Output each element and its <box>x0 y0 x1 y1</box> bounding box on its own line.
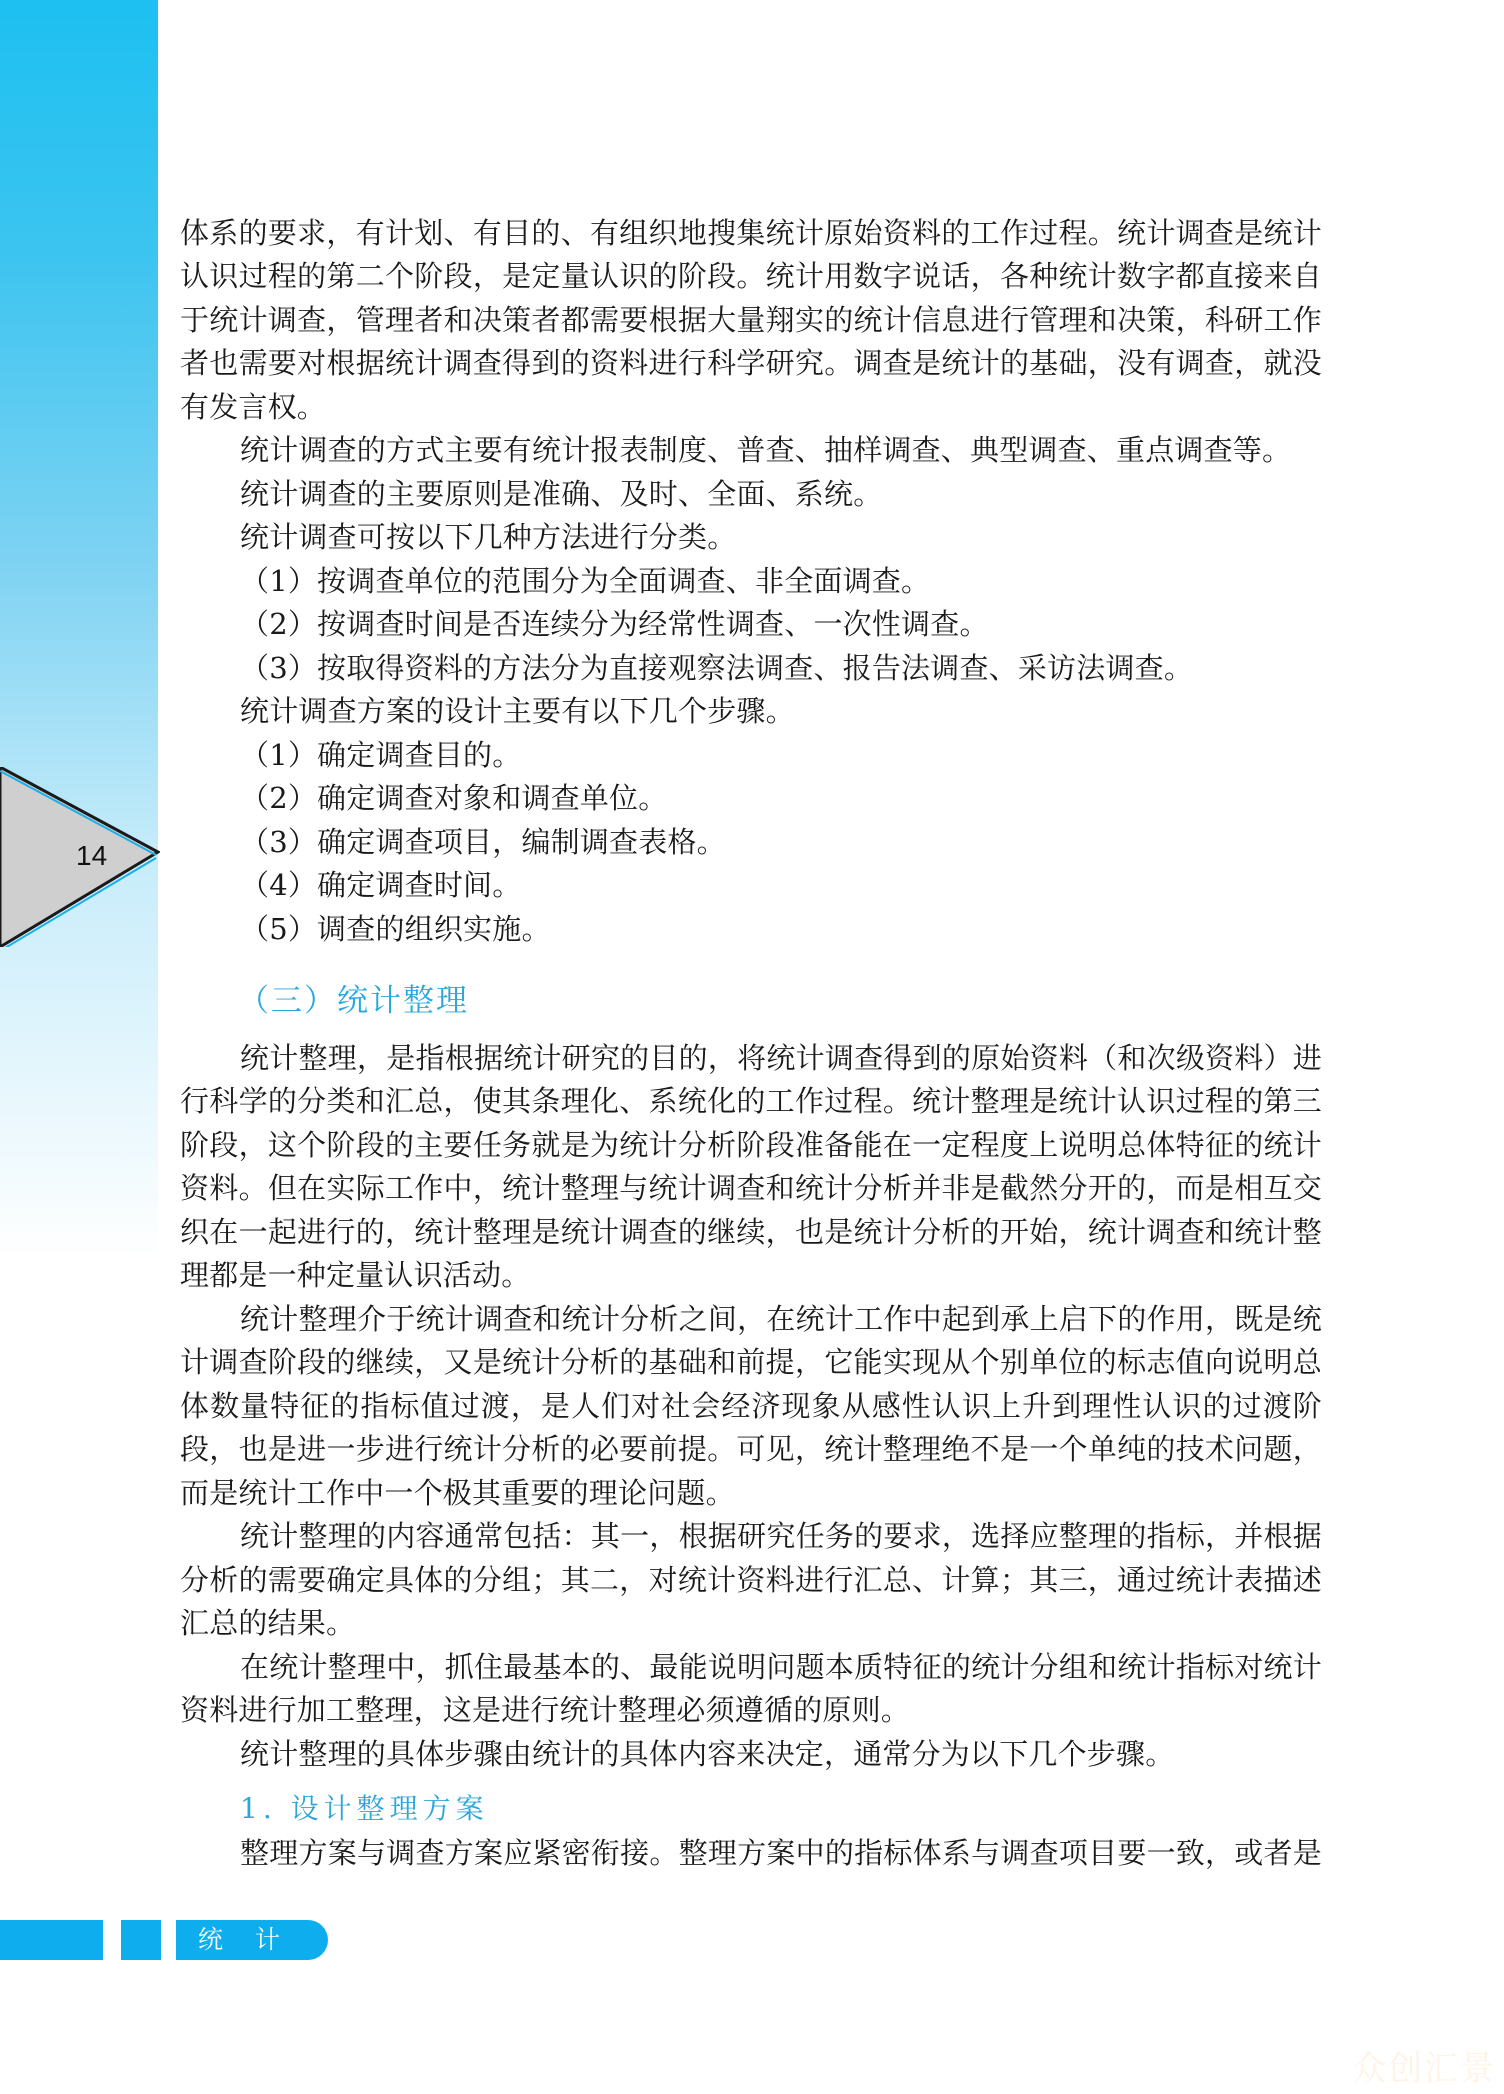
text-line: 而是统计工作中一个极其重要的理论问题。 <box>180 1476 1322 1510</box>
text-line: （3）确定调查项目，编制调查表格。 <box>240 825 1322 859</box>
text-line: 资料进行加工整理，这是进行统计整理必须遵循的原则。 <box>180 1693 1322 1727</box>
text-line: 认识过程的第二个阶段，是定量认识的阶段。统计用数字说话，各种统计数字都直接来自 <box>180 259 1322 293</box>
subsection-heading: 1. 设计整理方案 <box>240 1787 489 1827</box>
text-line: （1）确定调查目的。 <box>240 738 1322 772</box>
text-line: 分析的需要确定具体的分组；其二，对统计资料进行汇总、计算；其三，通过统计表描述 <box>180 1563 1322 1597</box>
text-line: 在统计整理中，抓住最基本的、最能说明问题本质特征的统计分组和统计指标对统计 <box>240 1650 1322 1684</box>
text-line: （2）确定调查对象和调查单位。 <box>240 781 1322 815</box>
text-line: 于统计调查，管理者和决策者都需要根据大量翔实的统计信息进行管理和决策，科研工作 <box>180 303 1322 337</box>
text-line: （4）确定调查时间。 <box>240 868 1322 902</box>
text-line: 统计整理的具体步骤由统计的具体内容来决定，通常分为以下几个步骤。 <box>240 1737 1322 1771</box>
text-line: 体系的要求，有计划、有目的、有组织地搜集统计原始资料的工作过程。统计调查是统计 <box>180 216 1322 250</box>
text-line: 整理方案与调查方案应紧密衔接。整理方案中的指标体系与调查项目要一致，或者是 <box>240 1836 1322 1870</box>
text-line: 统计调查可按以下几种方法进行分类。 <box>240 520 1322 554</box>
text-line: 资料。但在实际工作中，统计整理与统计调查和统计分析并非是截然分开的，而是相互交 <box>180 1171 1322 1205</box>
footer-book-title: 统 计 学 <box>176 1920 328 1960</box>
footer-bar-2 <box>121 1920 161 1960</box>
text-line: 有发言权。 <box>180 390 1322 424</box>
text-line: 统计整理的内容通常包括：其一，根据研究任务的要求，选择应整理的指标，并根据 <box>240 1519 1322 1553</box>
side-color-strip <box>0 0 158 1260</box>
text-line: 阶段，这个阶段的主要任务就是为统计分析阶段准备能在一定程度上说明总体特征的统计 <box>180 1128 1322 1162</box>
footer-bar-1 <box>0 1920 103 1960</box>
text-line: 织在一起进行的，统计整理是统计调查的继续，也是统计分析的开始，统计调查和统计整 <box>180 1215 1322 1249</box>
text-line: 统计调查的方式主要有统计报表制度、普查、抽样调查、典型调查、重点调查等。 <box>240 433 1322 467</box>
text-line: 行科学的分类和汇总，使其条理化、系统化的工作过程。统计整理是统计认识过程的第三 <box>180 1084 1322 1118</box>
text-line: （1）按调查单位的范围分为全面调查、非全面调查。 <box>240 564 1322 598</box>
text-line: 段，也是进一步进行统计分析的必要前提。可见，统计整理绝不是一个单纯的技术问题， <box>180 1432 1322 1466</box>
text-line: （2）按调查时间是否连续分为经常性调查、一次性调查。 <box>240 607 1322 641</box>
text-line: （3）按取得资料的方法分为直接观察法调查、报告法调查、采访法调查。 <box>240 651 1322 685</box>
text-line: 理都是一种定量认识活动。 <box>180 1258 1322 1292</box>
text-line: （5）调查的组织实施。 <box>240 912 1322 946</box>
text-line: 者也需要对根据统计调查得到的资料进行科学研究。调查是统计的基础，没有调查，就没 <box>180 346 1322 380</box>
text-line: 统计整理介于统计调查和统计分析之间，在统计工作中起到承上启下的作用，既是统 <box>240 1302 1322 1336</box>
watermark: 众创汇景 <box>1352 2041 1496 2090</box>
text-line: 体数量特征的指标值过渡，是人们对社会经济现象从感性认识上升到理性认识的过渡阶 <box>180 1389 1322 1423</box>
text-line: 统计整理，是指根据统计研究的目的，将统计调查得到的原始资料（和次级资料）进 <box>240 1041 1322 1075</box>
text-line: 统计调查的主要原则是准确、及时、全面、系统。 <box>240 477 1322 511</box>
section-heading: （三）统计整理 <box>238 975 469 1020</box>
text-line: 计调查阶段的继续，又是统计分析的基础和前提，它能实现从个别单位的标志值向说明总 <box>180 1345 1322 1379</box>
text-line: 汇总的结果。 <box>180 1606 1322 1640</box>
page-number: 14 <box>76 840 107 872</box>
text-line: 统计调查方案的设计主要有以下几个步骤。 <box>240 694 1322 728</box>
